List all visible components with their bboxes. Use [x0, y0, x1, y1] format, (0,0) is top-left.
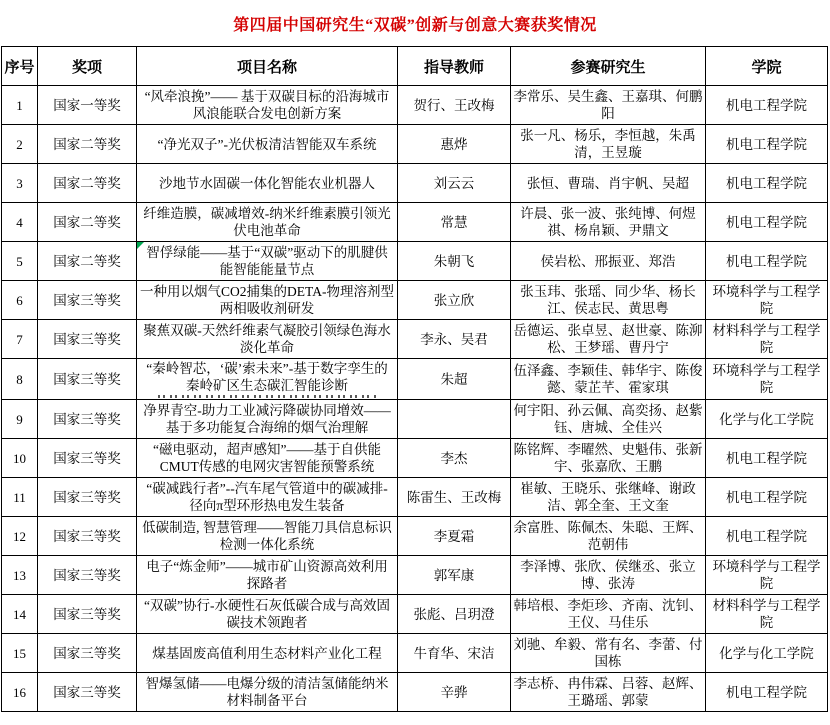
cell-students: 张玉玮、张瑶、同少华、杨长江、侯志民、黄思粤: [511, 281, 706, 320]
table-row: 14 国家三等奖 “双碳”协行-水硬性石灰低碳合成与高效固碳技术领跑者 张彪、吕…: [2, 595, 828, 634]
cell-students: 李常乐、吴生鑫、王嘉琪、何鹏阳: [511, 86, 706, 125]
table-row: 15 国家三等奖 煤基固废高值利用生态材料产业化工程 牛育华、宋洁 刘驰、牟毅、…: [2, 634, 828, 673]
cell-college: 机电工程学院: [706, 242, 828, 281]
cell-project: 纤维造膜，碳减增效-纳米纤维素膜引领光伏电池革命: [137, 203, 398, 242]
clipped-text-line: [158, 395, 376, 398]
cell-advisor: 朱朝飞: [398, 242, 511, 281]
cell-no: 16: [2, 673, 38, 712]
col-header-project-name: 项目名称: [137, 47, 398, 86]
table-row: 13 国家三等奖 电子“炼金师”——城市矿山资源高效利用探路者 郭军康 李泽博、…: [2, 556, 828, 595]
cell-advisor: 张彪、吕玥澄: [398, 595, 511, 634]
cell-no: 1: [2, 86, 38, 125]
cell-award: 国家二等奖: [38, 125, 137, 164]
title-bar: 第四届中国研究生“双碳”创新与创意大赛获奖情况: [0, 0, 830, 46]
table-row: 3 国家二等奖 沙地节水固碳一体化智能农业机器人 刘云云 张恒、曹瑞、肖宇帆、吴…: [2, 164, 828, 203]
cell-advisor: 刘云云: [398, 164, 511, 203]
cell-advisor: 常慧: [398, 203, 511, 242]
cell-award: 国家三等奖: [38, 673, 137, 712]
cell-project: “碳减践行者”--汽车尾气管道中的碳减排-径向π型环形热电发生装备: [137, 478, 398, 517]
cell-students: 岳德运、张卓昱、赵世豪、陈泖松、王梦瑶、曹丹宁: [511, 320, 706, 359]
cell-project: 净界青空-助力工业减污降碳协同增效——基于多功能复合海绵的烟气治理解: [137, 400, 398, 439]
cell-students: 崔敏、王晓乐、张继峰、谢政洁、郭全奎、王文奎: [511, 478, 706, 517]
cell-no: 14: [2, 595, 38, 634]
cell-project: 沙地节水固碳一体化智能农业机器人: [137, 164, 398, 203]
table-row: 7 国家三等奖 聚蕉双碳-天然纤维素气凝胶引领绿色海水淡化革命 李永、吴君 岳德…: [2, 320, 828, 359]
cell-no: 2: [2, 125, 38, 164]
table-row: 1 国家一等奖 “风牵浪挽”—— 基于双碳目标的沿海城市风浪能联合发电创新方案 …: [2, 86, 828, 125]
cell-award: 国家三等奖: [38, 595, 137, 634]
cell-award: 国家三等奖: [38, 320, 137, 359]
cell-college: 机电工程学院: [706, 439, 828, 478]
cell-students: 伍泽鑫、李颖佳、韩华宇、陈俊懿、蒙芷芊、霍家琪: [511, 359, 706, 400]
cell-advisor: 朱超: [398, 359, 511, 400]
table-row: 8 国家三等奖 “秦岭智芯，‘碳’索未来”-基于数字孪生的秦岭矿区生态碳汇智能诊…: [2, 359, 828, 400]
cell-no: 7: [2, 320, 38, 359]
cell-advisor: 牛育华、宋洁: [398, 634, 511, 673]
cell-students: 张一凡、杨乐，李恒越，朱禹清，王昱璇: [511, 125, 706, 164]
cell-project: 一种用以烟气CO2捕集的DETA-物理溶剂型两相吸收剂研发: [137, 281, 398, 320]
cell-project: 煤基固废高值利用生态材料产业化工程: [137, 634, 398, 673]
cell-no: 15: [2, 634, 38, 673]
cell-college: 材料科学与工程学院: [706, 595, 828, 634]
project-text: “秦岭智芯，‘碳’索未来”-基于数字孪生的秦岭矿区生态碳汇智能诊断: [146, 361, 387, 393]
cell-award: 国家三等奖: [38, 439, 137, 478]
cell-college: 环境科学与工程学院: [706, 359, 828, 400]
cell-students: 韩培根、李炬珍、齐南、沈钊、王仪、马佳乐: [511, 595, 706, 634]
cell-no: 9: [2, 400, 38, 439]
table-row: 9 国家三等奖 净界青空-助力工业减污降碳协同增效——基于多功能复合海绵的烟气治…: [2, 400, 828, 439]
award-table: 序号 奖项 项目名称 指导教师 参赛研究生 学院 1 国家一等奖 “风牵浪挽”—…: [1, 46, 828, 712]
cell-college: 机电工程学院: [706, 673, 828, 712]
cell-award: 国家三等奖: [38, 359, 137, 400]
cell-advisor: 辛骅: [398, 673, 511, 712]
page-title: 第四届中国研究生“双碳”创新与创意大赛获奖情况: [233, 12, 597, 35]
cell-no: 3: [2, 164, 38, 203]
cell-advisor: [398, 400, 511, 439]
col-header-college: 学院: [706, 47, 828, 86]
cell-students: 李泽博、张欣、侯继丞、张立博、张涛: [511, 556, 706, 595]
cell-college: 机电工程学院: [706, 203, 828, 242]
cell-award: 国家三等奖: [38, 634, 137, 673]
cell-advisor: 李杰: [398, 439, 511, 478]
cell-advisor: 李夏霜: [398, 517, 511, 556]
cell-award: 国家三等奖: [38, 478, 137, 517]
table-row: 5 国家二等奖 智俘绿能——基于“双碳”驱动下的肌腱供能智能能量节点 朱朝飞 侯…: [2, 242, 828, 281]
cell-college: 环境科学与工程学院: [706, 556, 828, 595]
cell-students: 刘驰、牟毅、常有名、李蕾、付国栋: [511, 634, 706, 673]
cell-advisor: 李永、吴君: [398, 320, 511, 359]
cell-students: 许晨、张一波、张纯博、何煜祺、杨帛颖、尹鼎文: [511, 203, 706, 242]
cell-award: 国家一等奖: [38, 86, 137, 125]
cell-college: 机电工程学院: [706, 478, 828, 517]
cell-award: 国家三等奖: [38, 281, 137, 320]
table-row: 6 国家三等奖 一种用以烟气CO2捕集的DETA-物理溶剂型两相吸收剂研发 张立…: [2, 281, 828, 320]
cell-no: 5: [2, 242, 38, 281]
col-header-award: 奖项: [38, 47, 137, 86]
cell-students: 余富胜、陈佩杰、朱聪、王辉、范朝伟: [511, 517, 706, 556]
cell-no: 11: [2, 478, 38, 517]
cell-college: 环境科学与工程学院: [706, 281, 828, 320]
col-header-students: 参赛研究生: [511, 47, 706, 86]
header-row: 序号 奖项 项目名称 指导教师 参赛研究生 学院: [2, 47, 828, 86]
cell-college: 化学与化工学院: [706, 634, 828, 673]
cell-project: 智俘绿能——基于“双碳”驱动下的肌腱供能智能能量节点: [137, 242, 398, 281]
cell-no: 12: [2, 517, 38, 556]
cell-no: 4: [2, 203, 38, 242]
cell-college: 机电工程学院: [706, 164, 828, 203]
cell-flag-triangle-icon: [137, 242, 144, 249]
table-row: 10 国家三等奖 “磁电驱动，超声感知”——基于自供能CMUT传感的电网灾害智能…: [2, 439, 828, 478]
project-text: 智俘绿能——基于“双碳”驱动下的肌腱供能智能能量节点: [146, 245, 387, 277]
table-row: 12 国家三等奖 低碳制造, 智慧管理——智能刀具信息标识检测一体化系统 李夏霜…: [2, 517, 828, 556]
cell-no: 13: [2, 556, 38, 595]
cell-advisor: 张立欣: [398, 281, 511, 320]
cell-students: 陈铭辉、李曜然、史魁伟、张新宇、张嘉欣、王鹏: [511, 439, 706, 478]
cell-project: “风牵浪挽”—— 基于双碳目标的沿海城市风浪能联合发电创新方案: [137, 86, 398, 125]
cell-award: 国家三等奖: [38, 556, 137, 595]
cell-project: “秦岭智芯，‘碳’索未来”-基于数字孪生的秦岭矿区生态碳汇智能诊断: [137, 359, 398, 400]
cell-project: 电子“炼金师”——城市矿山资源高效利用探路者: [137, 556, 398, 595]
cell-project: “磁电驱动，超声感知”——基于自供能CMUT传感的电网灾害智能预警系统: [137, 439, 398, 478]
cell-award: 国家二等奖: [38, 242, 137, 281]
cell-college: 机电工程学院: [706, 517, 828, 556]
cell-award: 国家三等奖: [38, 517, 137, 556]
cell-students: 侯岩松、邢振亚、郑浩: [511, 242, 706, 281]
cell-project: “净光双子”-光伏板清洁智能双车系统: [137, 125, 398, 164]
cell-project: 聚蕉双碳-天然纤维素气凝胶引领绿色海水淡化革命: [137, 320, 398, 359]
cell-project: “双碳”协行-水硬性石灰低碳合成与高效固碳技术领跑者: [137, 595, 398, 634]
table-row: 11 国家三等奖 “碳减践行者”--汽车尾气管道中的碳减排-径向π型环形热电发生…: [2, 478, 828, 517]
cell-college: 机电工程学院: [706, 125, 828, 164]
cell-no: 6: [2, 281, 38, 320]
col-header-index: 序号: [2, 47, 38, 86]
cell-award: 国家二等奖: [38, 164, 137, 203]
cell-students: 何宇阳、孙云佩、高奕扬、赵紫钰、唐城、全佳兴: [511, 400, 706, 439]
cell-no: 8: [2, 359, 38, 400]
table-row: 16 国家三等奖 智爆氢储——电爆分级的清洁氢储能纳米材料制备平台 辛骅 李志桥…: [2, 673, 828, 712]
cell-advisor: 贺行、王改梅: [398, 86, 511, 125]
cell-award: 国家二等奖: [38, 203, 137, 242]
table-row: 4 国家二等奖 纤维造膜，碳减增效-纳米纤维素膜引领光伏电池革命 常慧 许晨、张…: [2, 203, 828, 242]
col-header-advisor: 指导教师: [398, 47, 511, 86]
table-row: 2 国家二等奖 “净光双子”-光伏板清洁智能双车系统 惠烨 张一凡、杨乐，李恒越…: [2, 125, 828, 164]
cell-college: 机电工程学院: [706, 86, 828, 125]
cell-college: 化学与化工学院: [706, 400, 828, 439]
cell-advisor: 惠烨: [398, 125, 511, 164]
cell-students: 张恒、曹瑞、肖宇帆、吴超: [511, 164, 706, 203]
cell-college: 材料科学与工程学院: [706, 320, 828, 359]
cell-students: 李志桥、冉伟霖、吕蓉、赵辉、王璐瑶、郭蒙: [511, 673, 706, 712]
cell-project: 智爆氢储——电爆分级的清洁氢储能纳米材料制备平台: [137, 673, 398, 712]
cell-award: 国家三等奖: [38, 400, 137, 439]
cell-advisor: 陈雷生、王改梅: [398, 478, 511, 517]
cell-no: 10: [2, 439, 38, 478]
cell-advisor: 郭军康: [398, 556, 511, 595]
cell-project: 低碳制造, 智慧管理——智能刀具信息标识检测一体化系统: [137, 517, 398, 556]
